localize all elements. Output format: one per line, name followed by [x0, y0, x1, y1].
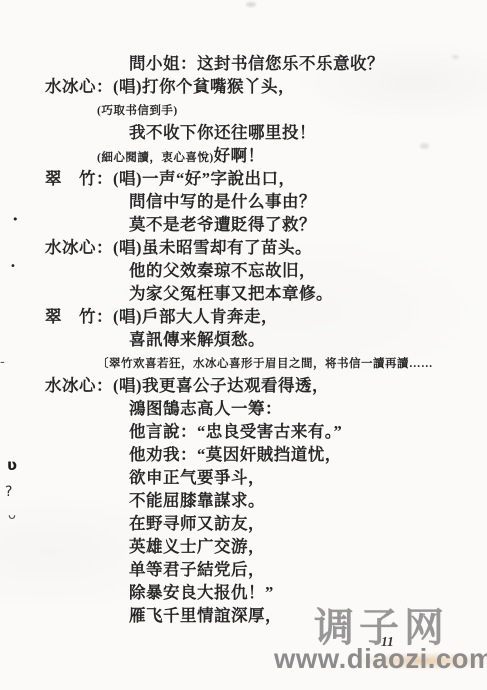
stage-direction: (細心閱讀，衷心喜悅)	[97, 152, 214, 164]
script-body: 問小姐：这封书信您乐不乐意收？ 水冰心：(唱)打你个貧嘴猴丫头， (巧取书信到手…	[0, 52, 487, 627]
line-text: 除暴安良大报仇！”	[129, 583, 274, 602]
margin-ink-dot: •	[10, 261, 16, 272]
line-text: (唱)我更喜公子达观看得透，	[113, 376, 329, 395]
script-line: 水冰心：(唱)虽未昭雪却有了苗头。	[0, 236, 487, 259]
script-line: 水冰心：(唱)我更喜公子达观看得透，	[0, 374, 487, 397]
stage-direction: (巧取书信到手)	[97, 105, 178, 117]
script-line: 翠 竹：(唱)一声“好”字說出口，	[0, 167, 487, 190]
script-line: 〔翠竹欢喜若狂，水冰心喜形于眉目之間，将书信一讀再讀……	[0, 351, 487, 374]
line-text: 他言說：“忠良受害古来有。”	[129, 422, 342, 441]
margin-pencil-question: ?	[5, 484, 12, 500]
speaker-name: 翠 竹：	[45, 307, 113, 326]
script-line: 英雄义士广交游，	[0, 535, 487, 558]
line-text: 为家父冤枉事又把本章修。	[129, 284, 333, 303]
script-line: 水冰心：(唱)打你个貧嘴猴丫头，	[0, 75, 487, 98]
line-text: 好啊！	[214, 146, 265, 165]
script-line: 除暴安良大报仇！”	[0, 581, 487, 604]
script-line: 鴻图鵠志高人一筹：	[0, 397, 487, 420]
stage-direction: 〔翠竹欢喜若狂，水冰心喜形于眉目之間，将书信一讀再讀……	[97, 358, 433, 370]
line-text: (唱)戶部大人肯奔走，	[113, 307, 278, 326]
line-text: 他劝我：“莫因奸賊挡道忧，	[129, 445, 342, 464]
script-line: 他言說：“忠良受害古来有。”	[0, 420, 487, 443]
line-text: 欲申正气要爭斗，	[129, 468, 265, 487]
line-text: 在野寻师又訪友，	[129, 514, 265, 533]
line-text: 不能屈膝靠謀求。	[129, 491, 265, 510]
script-line: 喜訊傳来解煩愁。	[0, 328, 487, 351]
script-line: 他的父效秦琼不忘故旧，	[0, 259, 487, 282]
script-line: 欲申正气要爭斗，	[0, 466, 487, 489]
line-text: (唱)虽未昭雪却有了苗头。	[113, 238, 312, 257]
script-line: 为家父冤枉事又把本章修。	[0, 282, 487, 305]
margin-pencil-tick: ʋ	[7, 456, 17, 474]
speaker-name: 翠 竹：	[45, 169, 113, 188]
script-line: (細心閱讀，衷心喜悅)好啊！	[0, 144, 487, 167]
watermark-site-name: 调子网	[314, 608, 449, 648]
script-line: 不能屈膝靠謀求。	[0, 489, 487, 512]
script-line: 翠 竹：(唱)戶部大人肯奔走，	[0, 305, 487, 328]
line-text: 英雄义士广交游，	[129, 537, 265, 556]
watermark-site-url: www.diaozi.com	[274, 645, 487, 673]
line-text: 鴻图鵠志高人一筹：	[129, 399, 282, 418]
script-line: 我不收下你还往哪里投！	[0, 121, 487, 144]
line-text: 問小姐：这封书信您乐不乐意收？	[129, 54, 384, 73]
line-text: 喜訊傳来解煩愁。	[129, 330, 265, 349]
line-text: 莫不是老爷遭貶得了救？	[129, 215, 316, 234]
script-line: 在野寻师又訪友，	[0, 512, 487, 535]
line-text: 雁飞千里情誼深厚，	[129, 606, 282, 625]
script-line: 单等君子結党后，	[0, 558, 487, 581]
speaker-name: 水冰心：	[45, 77, 113, 96]
script-line: 問小姐：这封书信您乐不乐意收？	[0, 52, 487, 75]
scan-speck	[246, 2, 256, 7]
speaker-name: 水冰心：	[45, 238, 113, 257]
script-line: 莫不是老爷遭貶得了救？	[0, 213, 487, 236]
line-text: 单等君子結党后，	[129, 560, 265, 579]
margin-ink-dot: •	[12, 213, 19, 226]
script-line: 問信中写的是什么事由？	[0, 190, 487, 213]
line-text: 我不收下你还往哪里投！	[129, 123, 316, 142]
script-line: (巧取书信到手)	[0, 98, 487, 121]
margin-dash-mark: ‐	[0, 355, 5, 370]
line-text: 問信中写的是什么事由？	[129, 192, 316, 211]
line-text: 他的父效秦琼不忘故旧，	[129, 261, 316, 280]
line-text: (唱)一声“好”字說出口，	[113, 169, 296, 188]
speaker-name: 水冰心：	[45, 376, 113, 395]
script-line: 他劝我：“莫因奸賊挡道忧，	[0, 443, 487, 466]
margin-pencil-hook: ᴗ	[8, 508, 16, 523]
line-text: (唱)打你个貧嘴猴丫头，	[113, 77, 295, 96]
